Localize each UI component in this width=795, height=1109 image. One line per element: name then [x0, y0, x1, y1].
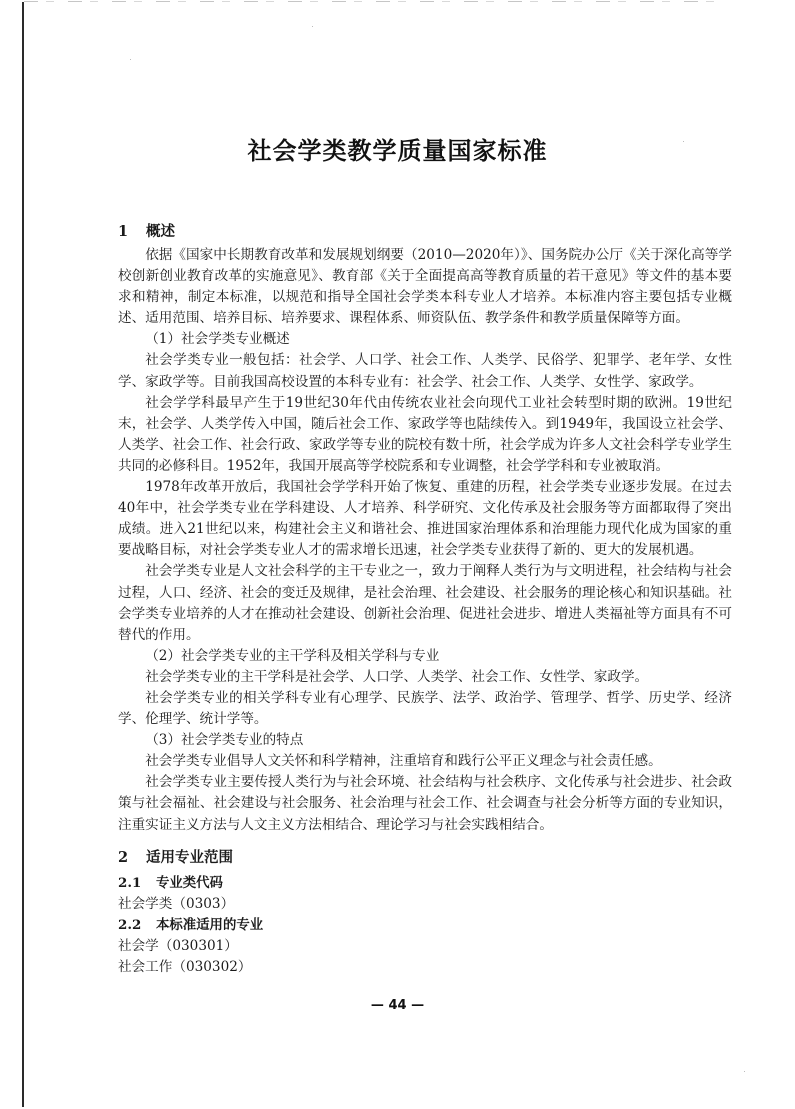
subsection-heading-1-3: （3）社会学类专业的特点	[118, 730, 732, 751]
page-number: — 44 —	[0, 998, 795, 1013]
scan-speck	[130, 59, 131, 60]
scan-edge-top	[24, 1, 724, 2]
list-item: 社会学类（0303）	[118, 894, 732, 915]
subsection-title: 本标准适用的专业	[156, 918, 263, 933]
page-title: 社会学类教学质量国家标准	[0, 131, 795, 166]
subsection-number: 2.2	[118, 915, 156, 936]
section-number: 2	[118, 846, 146, 869]
paragraph: 社会学类专业的相关学科专业有心理学、民族学、法学、政治学、管理学、哲学、历史学、…	[118, 688, 732, 730]
subsection-heading-2-2: 2.2本标准适用的专业	[118, 915, 732, 936]
scan-speck	[683, 141, 684, 142]
subsection-title: 专业类代码	[156, 876, 223, 891]
scan-edge-left	[22, 2, 24, 1107]
section-number: 1	[118, 220, 146, 243]
scan-speck	[312, 26, 313, 27]
section-heading-1: 1概述	[118, 220, 732, 243]
section-heading-2: 2适用专业范围	[118, 846, 732, 869]
paragraph: 社会学类专业的主干学科是社会学、人口学、人类学、社会工作、女性学、家政学。	[118, 667, 732, 688]
paragraph: 社会学学科最早产生于19世纪30年代由传统农业社会向现代工业社会转型时期的欧洲。…	[118, 393, 732, 477]
section-title: 适用专业范围	[146, 850, 233, 866]
document-body: 1概述 依据《国家中长期教育改革和发展规划纲要（2010—2020年）》、国务院…	[118, 220, 732, 978]
paragraph: 社会学类专业主要传授人类行为与社会环境、社会结构与社会秩序、文化传承与社会进步、…	[118, 772, 732, 835]
paragraph: 社会学类专业一般包括：社会学、人口学、社会工作、人类学、民俗学、犯罪学、老年学、…	[118, 350, 732, 392]
subsection-heading-1-2: （2）社会学类专业的主干学科及相关学科与专业	[118, 646, 732, 667]
section-title: 概述	[146, 224, 175, 240]
subsection-heading-2-1: 2.1专业类代码	[118, 873, 732, 894]
scan-speck	[744, 1071, 745, 1072]
subsection-heading-1-1: （1）社会学类专业概述	[118, 329, 732, 350]
paragraph-intro: 依据《国家中长期教育改革和发展规划纲要（2010—2020年）》、国务院办公厅《…	[118, 245, 732, 329]
paragraph: 社会学类专业倡导人文关怀和科学精神，注重培育和践行公平正义理念与社会责任感。	[118, 751, 732, 772]
list-item: 社会学（030301）	[118, 936, 732, 957]
list-item: 社会工作（030302）	[118, 957, 732, 978]
paragraph: 1978年改革开放后，我国社会学学科开始了恢复、重建的历程，社会学类专业逐步发展…	[118, 477, 732, 561]
paragraph: 社会学类专业是人文社会科学的主干专业之一，致力于阐释人类行为与文明进程，社会结构…	[118, 561, 732, 645]
spacer	[118, 836, 732, 846]
subsection-number: 2.1	[118, 873, 156, 894]
